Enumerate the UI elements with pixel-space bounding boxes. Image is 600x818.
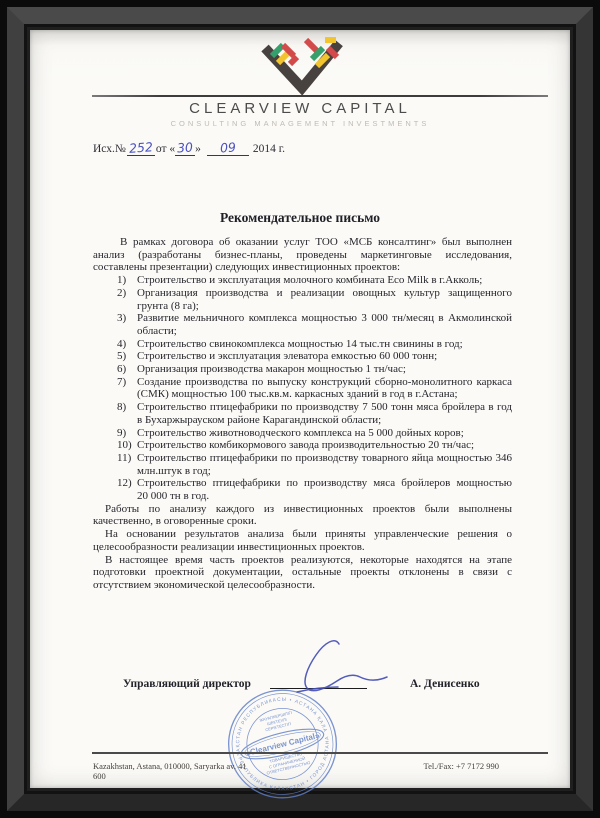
frame-lip: CLEARVIEW CAPITAL CONSULTING MANAGEMENT … (24, 24, 576, 794)
projects-list: 1)Строительство и эксплуатация молочного… (93, 274, 512, 503)
list-item-number: 7) (117, 376, 126, 389)
ref-number-field: 252 (127, 140, 155, 156)
ref-month-handwritten: 09 (219, 139, 236, 155)
footer-address-line2: 600 (93, 771, 247, 781)
list-item-number: 3) (117, 312, 126, 325)
closing-paragraph: Работы по анализу каждого из инвестицион… (93, 503, 512, 528)
list-item-text: Организация производства и реализации ов… (137, 287, 512, 312)
list-item-number: 9) (117, 427, 126, 440)
brand-name: CLEARVIEW CAPITAL (30, 100, 570, 117)
list-item-text: Строительство птицефабрики по производст… (137, 452, 512, 477)
list-item: 4)Строительство свинокомплекса мощностью… (93, 338, 512, 351)
ref-year: 2014 г. (253, 143, 285, 155)
list-item-number: 4) (117, 338, 126, 351)
intro-paragraph: В рамках договора об оказании услуг ТОО … (93, 236, 512, 274)
frame-bevel: CLEARVIEW CAPITAL CONSULTING MANAGEMENT … (7, 7, 593, 811)
list-item-text: Строительство животноводческого комплекс… (137, 427, 464, 439)
footer-address-line1: Kazakhstan, Astana, 010000, Saryarka av.… (93, 761, 247, 771)
list-item-number: 6) (117, 363, 126, 376)
list-item: 5)Строительство и эксплуатация элеватора… (93, 350, 512, 363)
list-item-text: Развитие мельничного комплекса мощностью… (137, 312, 512, 337)
signer-name: А. Денисенко (410, 678, 520, 690)
list-item-text: Строительство птицефабрики по производст… (137, 477, 512, 502)
list-item: 11)Строительство птицефабрики по произво… (93, 452, 512, 477)
list-item-number: 12) (117, 477, 132, 490)
list-item: 8)Строительство птицефабрики по производ… (93, 401, 512, 426)
closing-paragraph: В настоящее время часть проектов реализу… (93, 554, 512, 592)
list-item: 9)Строительство животноводческого компле… (93, 427, 512, 440)
list-item-number: 2) (117, 287, 126, 300)
list-item-text: Строительство и эксплуатация элеватора е… (137, 350, 437, 362)
ref-ot: от « (156, 143, 175, 155)
ref-quote: » (195, 143, 201, 155)
ref-prefix: Исх.№ (93, 143, 126, 155)
footer-divider (92, 752, 548, 754)
list-item: 6)Организация производства макарон мощно… (93, 363, 512, 376)
list-item: 1)Строительство и эксплуатация молочного… (93, 274, 512, 287)
ref-number-handwritten: 252 (128, 139, 153, 156)
frame-inner-edge: CLEARVIEW CAPITAL CONSULTING MANAGEMENT … (27, 27, 573, 791)
list-item-number: 1) (117, 274, 126, 287)
letter-title: Рекомендательное письмо (30, 210, 570, 226)
brand-tagline: CONSULTING MANAGEMENT INVESTMENTS (30, 119, 570, 128)
list-item: 2)Организация производства и реализации … (93, 287, 512, 312)
clearview-logo-icon (230, 30, 370, 95)
picture-frame: CLEARVIEW CAPITAL CONSULTING MANAGEMENT … (0, 0, 600, 818)
list-item: 7)Создание производства по выпуску конст… (93, 376, 512, 401)
list-item: 3)Развитие мельничного комплекса мощност… (93, 312, 512, 337)
letter-page: CLEARVIEW CAPITAL CONSULTING MANAGEMENT … (30, 30, 570, 788)
list-item-text: Строительство и эксплуатация молочного к… (137, 274, 482, 286)
list-item-text: Организация производства макарон мощност… (137, 363, 406, 375)
ref-day-field: 30 (175, 140, 195, 156)
list-item-text: Создание производства по выпуску констру… (137, 376, 512, 401)
closing-paragraph: На основании результатов анализа были пр… (93, 528, 512, 553)
handwritten-signature (275, 630, 415, 710)
footer-phone: Tel./Fax: +7 7172 990 (424, 761, 500, 771)
list-item-number: 11) (117, 452, 131, 465)
list-item: 12)Строительство птицефабрики по произво… (93, 477, 512, 502)
list-item: 10)Строительство комбикормового завода п… (93, 439, 512, 452)
list-item-text: Строительство птицефабрики по производст… (137, 401, 512, 426)
footer-address: Kazakhstan, Astana, 010000, Saryarka av.… (93, 761, 247, 781)
framed-letter-photo: CLEARVIEW CAPITAL CONSULTING MANAGEMENT … (0, 0, 600, 818)
header-divider (92, 95, 548, 97)
ref-month-field: 09 (207, 140, 249, 156)
list-item-text: Строительство свинокомплекса мощностью 1… (137, 338, 463, 350)
letter-body: В рамках договора об оказании услуг ТОО … (93, 236, 512, 592)
reference-line: Исх.№252от «30»092014 г. (93, 140, 285, 156)
list-item-number: 5) (117, 350, 126, 363)
list-item-number: 10) (117, 439, 132, 452)
ref-day-handwritten: 30 (177, 139, 194, 155)
list-item-number: 8) (117, 401, 126, 414)
list-item-text: Строительство комбикормового завода прои… (137, 439, 474, 451)
